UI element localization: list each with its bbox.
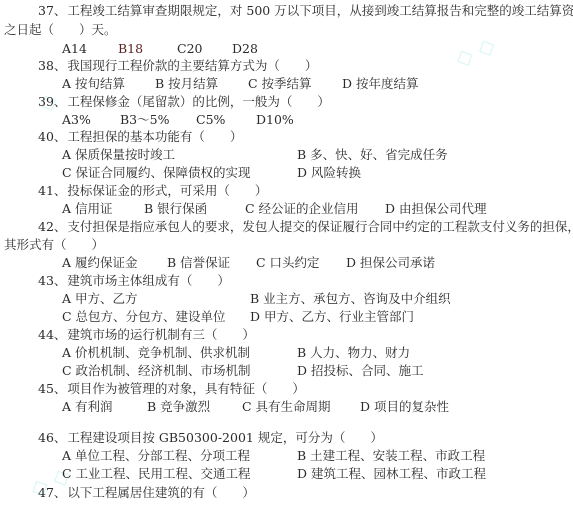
option-c[interactable]: C 工业工程、民用工程、交通工程 [62, 466, 251, 482]
question-number: 42、 [38, 219, 66, 234]
option-b[interactable]: B 人力、物力、财力 [297, 345, 410, 361]
question-39: 39、工程保修金（尾留款）的比例，一般为（ ） [38, 94, 330, 110]
option-b[interactable]: B18 [118, 41, 143, 57]
option-d[interactable]: D10% [256, 112, 294, 128]
question-40: 40、工程担保的基本功能有（ ） [38, 129, 242, 145]
option-a[interactable]: A3% [62, 112, 91, 128]
question-42-options: A 履约保证金 B 信誉保证 C 口头约定 D 担保公司承诺 [0, 255, 573, 271]
question-41-options: A 信用证 B 银行保函 C 经公证的企业信用 D 由担保公司代理 [0, 201, 573, 217]
option-d[interactable]: D 项目的复杂性 [360, 399, 449, 415]
question-text: 之日起（ ）天。 [4, 22, 117, 37]
question-38: 38、我国现行工程价款的主要结算方式为（ ） [38, 58, 317, 74]
question-text: 建筑市场的运行机制有三（ ） [67, 327, 255, 342]
option-c[interactable]: C 具有生命周期 [242, 399, 331, 415]
option-b[interactable]: B3～5% [120, 112, 169, 128]
question-text: 建筑市场主体组成有（ ） [67, 273, 230, 288]
option-b[interactable]: B 按月结算 [155, 76, 218, 92]
question-number: 38、 [38, 58, 66, 73]
question-number: 43、 [38, 273, 66, 288]
option-d[interactable]: D28 [232, 41, 258, 57]
question-39-options: A3% B3～5% C5% D10% [0, 112, 573, 128]
option-a[interactable]: A 甲方、乙方 [62, 291, 138, 307]
question-number: 45、 [38, 381, 66, 396]
question-44-options-row1: A 价机机制、竞争机制、供求机制 B 人力、物力、财力 [0, 345, 573, 361]
question-text: 我国现行工程价款的主要结算方式为（ ） [67, 58, 317, 73]
question-text: 工程竣工结算审查期限规定，对 500 万以下项目，从接到竣工结算报告和完整的竣工… [67, 3, 573, 18]
question-46-options-row1: A 单位工程、分部工程、分项工程 B 土建工程、安装工程、市政工程 [0, 448, 573, 464]
option-c[interactable]: C20 [177, 41, 202, 57]
question-42: 42、支付担保是指应承包人的要求，发包人提交的保证履行合同中约定的工程款支付义务… [38, 219, 573, 235]
option-b[interactable]: B 业主方、承包方、咨询及中介组织 [250, 291, 451, 307]
option-a[interactable]: A 履约保证金 [62, 255, 138, 271]
option-a[interactable]: A 按旬结算 [62, 76, 125, 92]
option-b[interactable]: B 竞争激烈 [147, 399, 210, 415]
question-37: 37、工程竣工结算审查期限规定，对 500 万以下项目，从接到竣工结算报告和完整… [38, 3, 573, 19]
option-d[interactable]: D 按年度结算 [342, 76, 419, 92]
option-c[interactable]: C5% [196, 112, 225, 128]
option-a[interactable]: A 保质保量按时竣工 [62, 147, 175, 163]
question-number: 46、 [38, 430, 66, 445]
question-number: 39、 [38, 94, 66, 109]
option-b[interactable]: B 银行保函 [144, 201, 207, 217]
question-41: 41、投标保证金的形式，可采用（ ） [38, 183, 267, 199]
question-46-options-row2: C 工业工程、民用工程、交通工程 D 建筑工程、园林工程、市政工程 [0, 466, 573, 482]
option-d[interactable]: D 建筑工程、园林工程、市政工程 [297, 466, 486, 482]
question-text: 工程建设项目按 GB50300-2001 规定，可分为（ ） [67, 430, 382, 445]
question-text: 支付担保是指应承包人的要求，发包人提交的保证履行合同中约定的工程款支付义务的担保… [67, 219, 573, 234]
question-text: 其形式有（ ） [4, 237, 104, 252]
question-45-options: A 有利润 B 竞争激烈 C 具有生命周期 D 项目的复杂性 [0, 399, 573, 415]
question-44: 44、建筑市场的运行机制有三（ ） [38, 327, 255, 343]
option-b[interactable]: B 多、快、好、省完成任务 [297, 147, 448, 163]
question-43-options-row2: C 总包方、分包方、建设单位 D 甲方、乙方、行业主管部门 [0, 309, 573, 325]
question-number: 37、 [38, 3, 66, 18]
question-40-options-row1: A 保质保量按时竣工 B 多、快、好、省完成任务 [0, 147, 573, 163]
question-37-continued: 之日起（ ）天。 [4, 22, 117, 38]
question-text: 项目作为被管理的对象，具有特征（ ） [67, 381, 305, 396]
option-d[interactable]: D 甲方、乙方、行业主管部门 [250, 309, 414, 325]
option-c[interactable]: C 保证合同履约、保障债权的实现 [62, 165, 251, 181]
question-text: 工程担保的基本功能有（ ） [67, 129, 242, 144]
option-a[interactable]: A 价机机制、竞争机制、供求机制 [62, 345, 250, 361]
option-a[interactable]: A 信用证 [62, 201, 113, 217]
question-number: 44、 [38, 327, 66, 342]
question-45: 45、项目作为被管理的对象，具有特征（ ） [38, 381, 305, 397]
question-40-options-row2: C 保证合同履约、保障债权的实现 D 风险转换 [0, 165, 573, 181]
option-c[interactable]: C 按季结算 [248, 76, 312, 92]
option-c[interactable]: C 经公证的企业信用 [245, 201, 359, 217]
question-text: 以下工程属居住建筑的有（ ） [67, 485, 255, 500]
option-c[interactable]: C 总包方、分包方、建设单位 [62, 309, 226, 325]
question-43: 43、建筑市场主体组成有（ ） [38, 273, 230, 289]
question-text: 工程保修金（尾留款）的比例，一般为（ ） [67, 94, 330, 109]
question-47: 47、以下工程属居住建筑的有（ ） [38, 485, 255, 501]
question-43-options-row1: A 甲方、乙方 B 业主方、承包方、咨询及中介组织 [0, 291, 573, 307]
option-a[interactable]: A 有利润 [62, 399, 113, 415]
option-b[interactable]: B 信誉保证 [167, 255, 230, 271]
option-d[interactable]: D 由担保公司代理 [385, 201, 487, 217]
question-46: 46、工程建设项目按 GB50300-2001 规定，可分为（ ） [38, 430, 383, 446]
question-44-options-row2: C 政治机制、经济机制、市场机制 D 招投标、合同、施工 [0, 363, 573, 379]
question-38-options: A 按旬结算 B 按月结算 C 按季结算 D 按年度结算 [0, 76, 573, 92]
option-a[interactable]: A14 [62, 41, 87, 57]
option-b[interactable]: B 土建工程、安装工程、市政工程 [297, 448, 485, 464]
option-d[interactable]: D 担保公司承诺 [346, 255, 435, 271]
option-d[interactable]: D 风险转换 [297, 165, 361, 181]
question-37-options: A14 B18 C20 D28 [0, 41, 573, 57]
option-c[interactable]: C 口头约定 [256, 255, 320, 271]
option-a[interactable]: A 单位工程、分部工程、分项工程 [62, 448, 250, 464]
option-c[interactable]: C 政治机制、经济机制、市场机制 [62, 363, 251, 379]
option-d[interactable]: D 招投标、合同、施工 [297, 363, 424, 379]
question-text: 投标保证金的形式，可采用（ ） [67, 183, 267, 198]
question-number: 47、 [38, 485, 66, 500]
question-number: 40、 [38, 129, 66, 144]
question-number: 41、 [38, 183, 66, 198]
question-42-continued: 其形式有（ ） [4, 237, 104, 253]
